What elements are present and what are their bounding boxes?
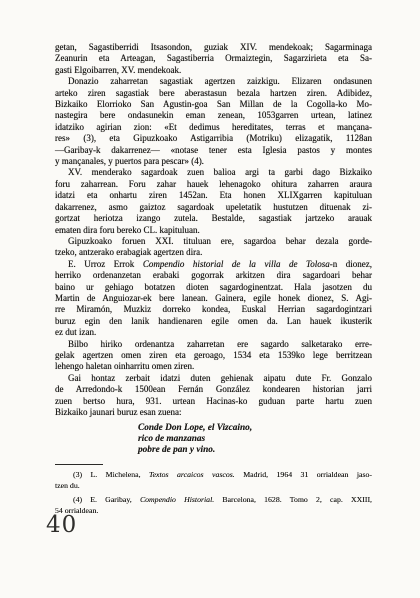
text-line: herriko ordenanzetan erabaki gogorrak ar… [55,270,372,281]
paragraph: E. Urroz Errok Compendio historial de la… [55,259,372,339]
italic-title-segment: Textos arcaicos vascos. [149,470,235,479]
footnote: (4) E. Garibay, Compendio Historial. Bar… [55,495,372,517]
footnote-rule [55,464,103,465]
paragraph: getan, Sagastiberridi Itsasondon, guziak… [55,42,372,76]
text-segment: Barcelona, 1628. Tomo 2, cap. XXIII, [214,495,372,504]
text-line: de Arredondo-k 1500ean Fernán González k… [55,384,372,395]
text-line: idatzi eta onhartu ziren 1452an. Eta hon… [55,190,372,201]
paragraph: Gai hontaz zerbait idatzi duten gehienak… [55,373,372,419]
text-line: res» (3), eta Gipuzkoako Astigarribia (M… [55,133,372,144]
text-line: gelak agertzen omen ziren eta geroago, 1… [55,350,372,361]
text-line: —Garibay-k dakarrenez— «notase tener est… [55,145,372,156]
paragraph: Donazio zaharretan sagastiak agertzen za… [55,76,372,167]
page-number: 40 [46,512,77,538]
text-line: ematen dira foru bereko CL. kapituluan. [55,225,372,236]
verse-quote: Conde Don Lope, el Vizcaino,rico de manz… [138,423,372,456]
book-page: getan, Sagastiberridi Itsasondon, guziak… [0,0,420,598]
text-line: zuen bertso hura, 931. urtean Hacinas-ko… [55,396,372,407]
text-line: E. Urroz Errok Compendio historial de la… [55,259,372,270]
text-segment: (3) L. Michelena, [73,470,149,479]
text-line: lehengo haletan oinharritu omen ziren. [55,361,372,372]
text-line: getan, Sagastiberridi Itsasondon, guziak… [55,42,372,53]
text-line: baino ur gehiago botatzen dioten sagardo… [55,282,372,293]
verse-line: Conde Don Lope, el Vizcaino, [138,423,372,434]
text-line: tzeko, antzerako erabagiak agertzen dira… [55,247,372,258]
text-line: gortzat heriotza izango zutela. Bestalde… [55,213,372,224]
text-segment: E. Urroz Errok [68,259,143,269]
text-segment: (4) E. Garibay, [73,495,140,504]
paragraph: Bilbo hiriko ordenantza zaharretan ere s… [55,339,372,373]
footnote-line: (3) L. Michelena, Textos arcaicos vascos… [55,470,372,481]
text-line: Gipuzkoako foruen XXI. tituluan ere, sag… [55,236,372,247]
paragraph: Gipuzkoako foruen XXI. tituluan ere, sag… [55,236,372,259]
text-segment: Madrid, 1964 31 orrialdean jaso- [235,470,372,479]
text-line: Bilbo hiriko ordenantza zaharretan ere s… [55,339,372,350]
italic-title-segment: Compendio historial de la villa de Tolos… [143,259,330,269]
text-line: Donazio zaharretan sagastiak agertzen za… [55,76,372,87]
footnote-line: tzen du. [55,481,372,492]
text-segment: -n dionez, [330,259,372,269]
text-line: ez dut izan. [55,327,372,338]
footnotes: (3) L. Michelena, Textos arcaicos vascos… [55,470,372,516]
verse-line: pobre de pan y vino. [138,445,372,456]
text-line: Zeanurin eta Arteagan, Sagastiberria Orm… [55,53,372,64]
text-line: Martin de Anguiozar-ek bere lanean. Gain… [55,293,372,304]
footnote: (3) L. Michelena, Textos arcaicos vascos… [55,470,372,492]
text-line: arteko ziren sagastiak bere aberastasun … [55,88,372,99]
text-line: gasti Elgoibarren, XV. mendekoak. [55,65,372,76]
italic-title-segment: Compendio Historial. [140,495,214,504]
text-line: idatziko agirian zion: «Et dedimus hered… [55,122,372,133]
text-line: dakarrenez, asmo gaiztoz sagardoak upele… [55,202,372,213]
text-line: y mançanales, y puertos para pescar» (4)… [55,156,372,167]
text-line: XV. menderako sagardoak zuen balioa argi… [55,167,372,178]
text-line: nastegira bere ondasunekin eman zenean, … [55,110,372,121]
text-line: buruz egin den lanik handienaren egile o… [55,316,372,327]
text-line: rre Miramón, Muzkiz dorreko kondea, Eusk… [55,304,372,315]
verse-line: rico de manzanas [138,434,372,445]
text-line: Bizkaiko Elorrioko San Agustin-goa San M… [55,99,372,110]
text-line: foru zaharrean. Foru zahar hauek lehenag… [55,179,372,190]
text-line: Bizkaiko jaunari buruz esan zuena: [55,407,372,418]
footnote-line: 54 orrialdean. [55,506,372,517]
text-line: Gai hontaz zerbait idatzi duten gehienak… [55,373,372,384]
body-text: getan, Sagastiberridi Itsasondon, guziak… [55,42,372,418]
paragraph: XV. menderako sagardoak zuen balioa argi… [55,167,372,235]
footnote-line: (4) E. Garibay, Compendio Historial. Bar… [55,495,372,506]
